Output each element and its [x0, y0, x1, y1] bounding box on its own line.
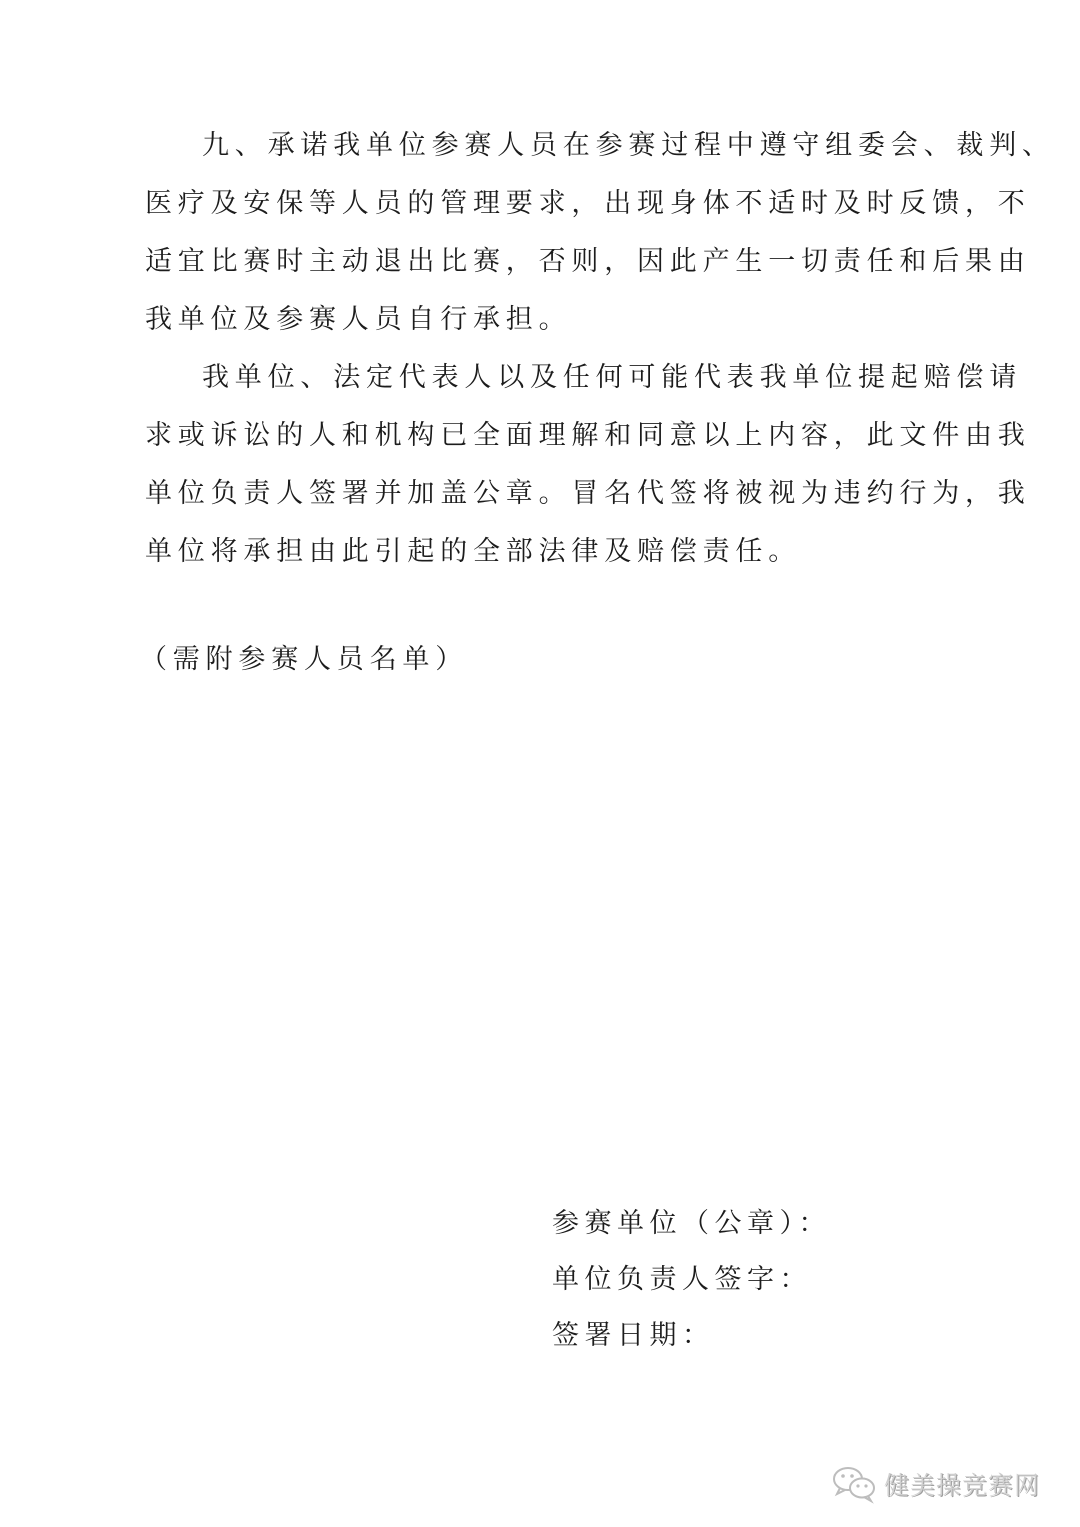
- clause-nine-line-4: 我单位及参赛人员自行承担。: [145, 302, 571, 338]
- declaration-line-1: 我单位、法定代表人以及任何可能代表我单位提起赔偿请: [202, 360, 1022, 396]
- declaration-line-2: 求或诉讼的人和机构已全面理解和同意以上内容，此文件由我: [145, 418, 1031, 454]
- clause-nine-line-3: 适宜比赛时主动退出比赛，否则，因此产生一切责任和后果由: [145, 244, 1031, 280]
- signing-date-label: 签署日期：: [552, 1318, 715, 1354]
- document-page: 九、承诺我单位参赛人员在参赛过程中遵守组委会、裁判、 医疗及安保等人员的管理要求…: [0, 0, 1080, 1527]
- attachment-note: （需附参赛人员名单）: [140, 642, 468, 678]
- clause-nine-line-2: 医疗及安保等人员的管理要求，出现身体不适时及时反馈，不: [145, 186, 1031, 222]
- clause-nine-line-1: 九、承诺我单位参赛人员在参赛过程中遵守组委会、裁判、: [202, 128, 1055, 164]
- wechat-icon: [832, 1464, 878, 1504]
- responsible-person-signature-label: 单位负责人签字：: [552, 1262, 812, 1298]
- declaration-line-3: 单位负责人签署并加盖公章。冒名代签将被视为违约行为，我: [145, 476, 1031, 512]
- watermark: 健美操竞赛网: [832, 1464, 1040, 1504]
- watermark-text: 健美操竞赛网: [884, 1466, 1040, 1502]
- unit-seal-label: 参赛单位（公章）：: [552, 1206, 831, 1242]
- declaration-line-4: 单位将承担由此引起的全部法律及赔偿责任。: [145, 534, 801, 570]
